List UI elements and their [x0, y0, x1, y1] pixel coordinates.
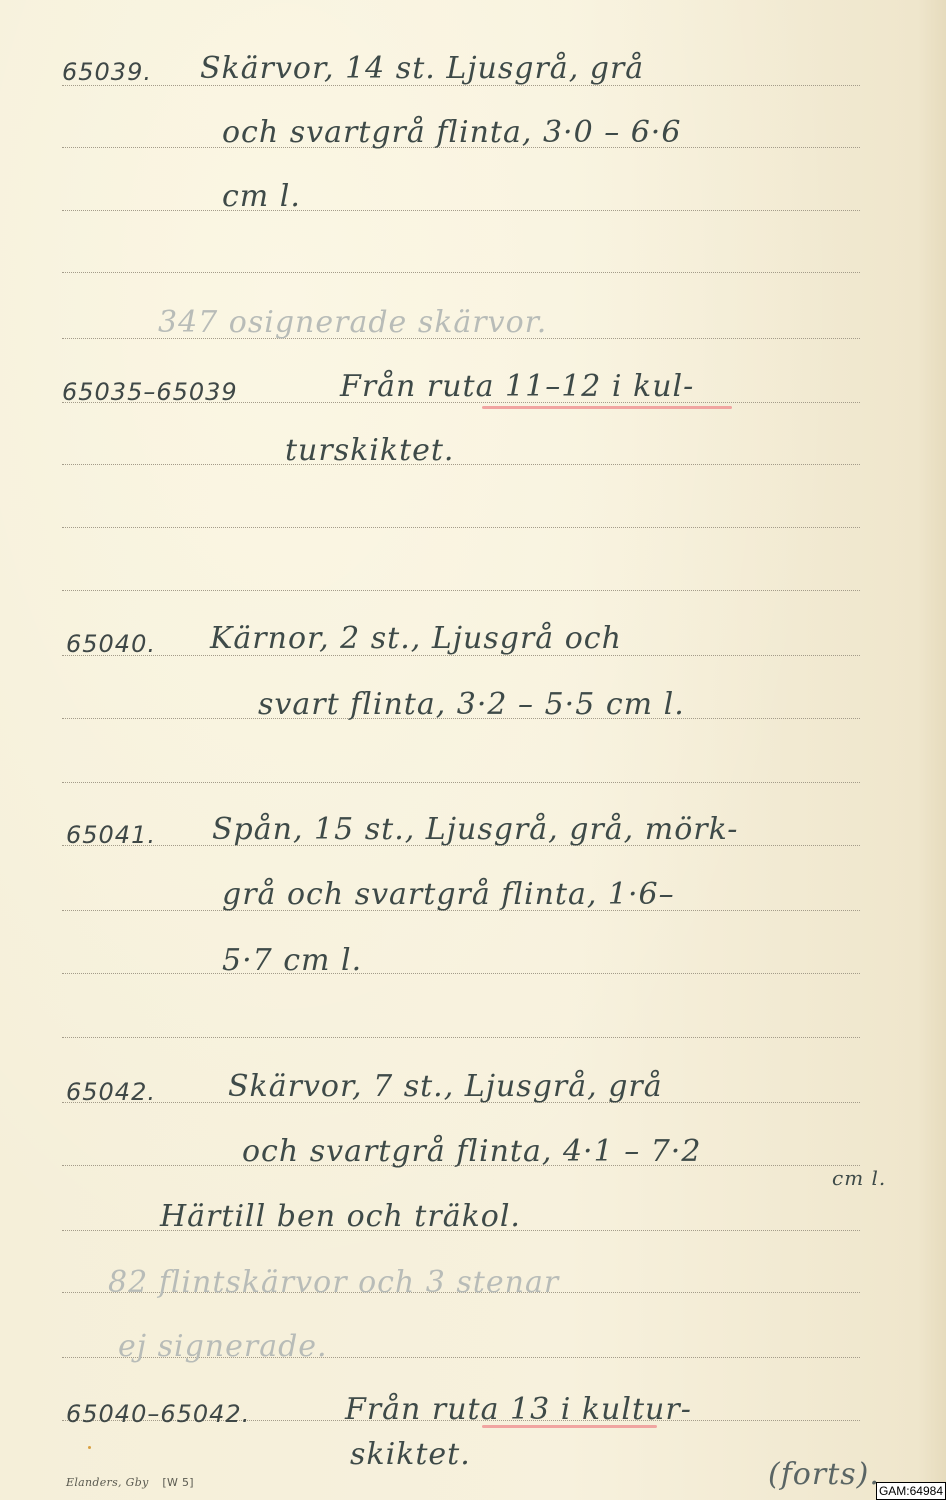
- entry-number: 65041.: [66, 823, 156, 847]
- red-underline: [482, 1425, 657, 1428]
- continuation-note: (forts).: [768, 1460, 880, 1490]
- ruled-line: [62, 464, 860, 465]
- ruled-line: [62, 272, 860, 273]
- ruled-line: [62, 973, 860, 974]
- unit-note: cm l.: [832, 1168, 886, 1188]
- entry-text-line: 5·7 cm l.: [222, 946, 362, 976]
- paper-fleck: [88, 1446, 91, 1449]
- entry-text-line: Spån, 15 st., Ljusgrå, grå, mörk-: [212, 815, 738, 845]
- entry-text-line: Från ruta 11–12 i kul-: [340, 372, 694, 402]
- entry-text-line: och svartgrå flinta, 3·0 – 6·6: [222, 118, 681, 148]
- ruled-line: [62, 590, 860, 591]
- ruled-line: [62, 782, 860, 783]
- entry-number: 65040.: [66, 632, 156, 656]
- entry-text-line: Skärvor, 14 st. Ljusgrå, grå: [200, 54, 644, 84]
- entry-text-line: Från ruta 13 i kultur-: [345, 1395, 692, 1425]
- entry-text-line: grå och svartgrå flinta, 1·6–: [222, 880, 675, 910]
- ruled-line: [62, 527, 860, 528]
- entry-text-line: turskiktet.: [285, 436, 454, 466]
- entry-range-number: 65040–65042.: [66, 1402, 250, 1426]
- entry-number: 65039.: [62, 60, 152, 84]
- entry-number: 65042.: [66, 1080, 156, 1104]
- pencil-note: ej signerade.: [118, 1332, 328, 1362]
- entry-text-line: Kärnor, 2 st., Ljusgrå och: [210, 624, 622, 654]
- entry-text-line: Härtill ben och träkol.: [160, 1202, 521, 1232]
- printer-imprint: Elanders, Gby [W 5]: [66, 1476, 194, 1489]
- printer-name: Elanders, Gby: [66, 1476, 149, 1489]
- entry-text-line: Skärvor, 7 st., Ljusgrå, grå: [228, 1072, 663, 1102]
- entry-text-line: svart flinta, 3·2 – 5·5 cm l.: [258, 690, 685, 720]
- pencil-note: 347 osignerade skärvor.: [158, 308, 547, 338]
- entry-text-line: cm l.: [222, 182, 301, 212]
- entry-range-number: 65035–65039: [62, 380, 238, 404]
- printer-code: [W 5]: [162, 1476, 193, 1489]
- archive-id-tag: GAM:64984: [876, 1482, 946, 1500]
- catalog-card: 65039. Skärvor, 14 st. Ljusgrå, grå och …: [0, 0, 946, 1500]
- entry-text-line: och svartgrå flinta, 4·1 – 7·2: [242, 1137, 701, 1167]
- ruled-line: [62, 210, 860, 211]
- pencil-note: 82 flintskärvor och 3 stenar: [108, 1268, 559, 1298]
- ruled-line: [62, 1037, 860, 1038]
- red-underline: [482, 406, 732, 409]
- entry-text-line: skiktet.: [350, 1440, 471, 1470]
